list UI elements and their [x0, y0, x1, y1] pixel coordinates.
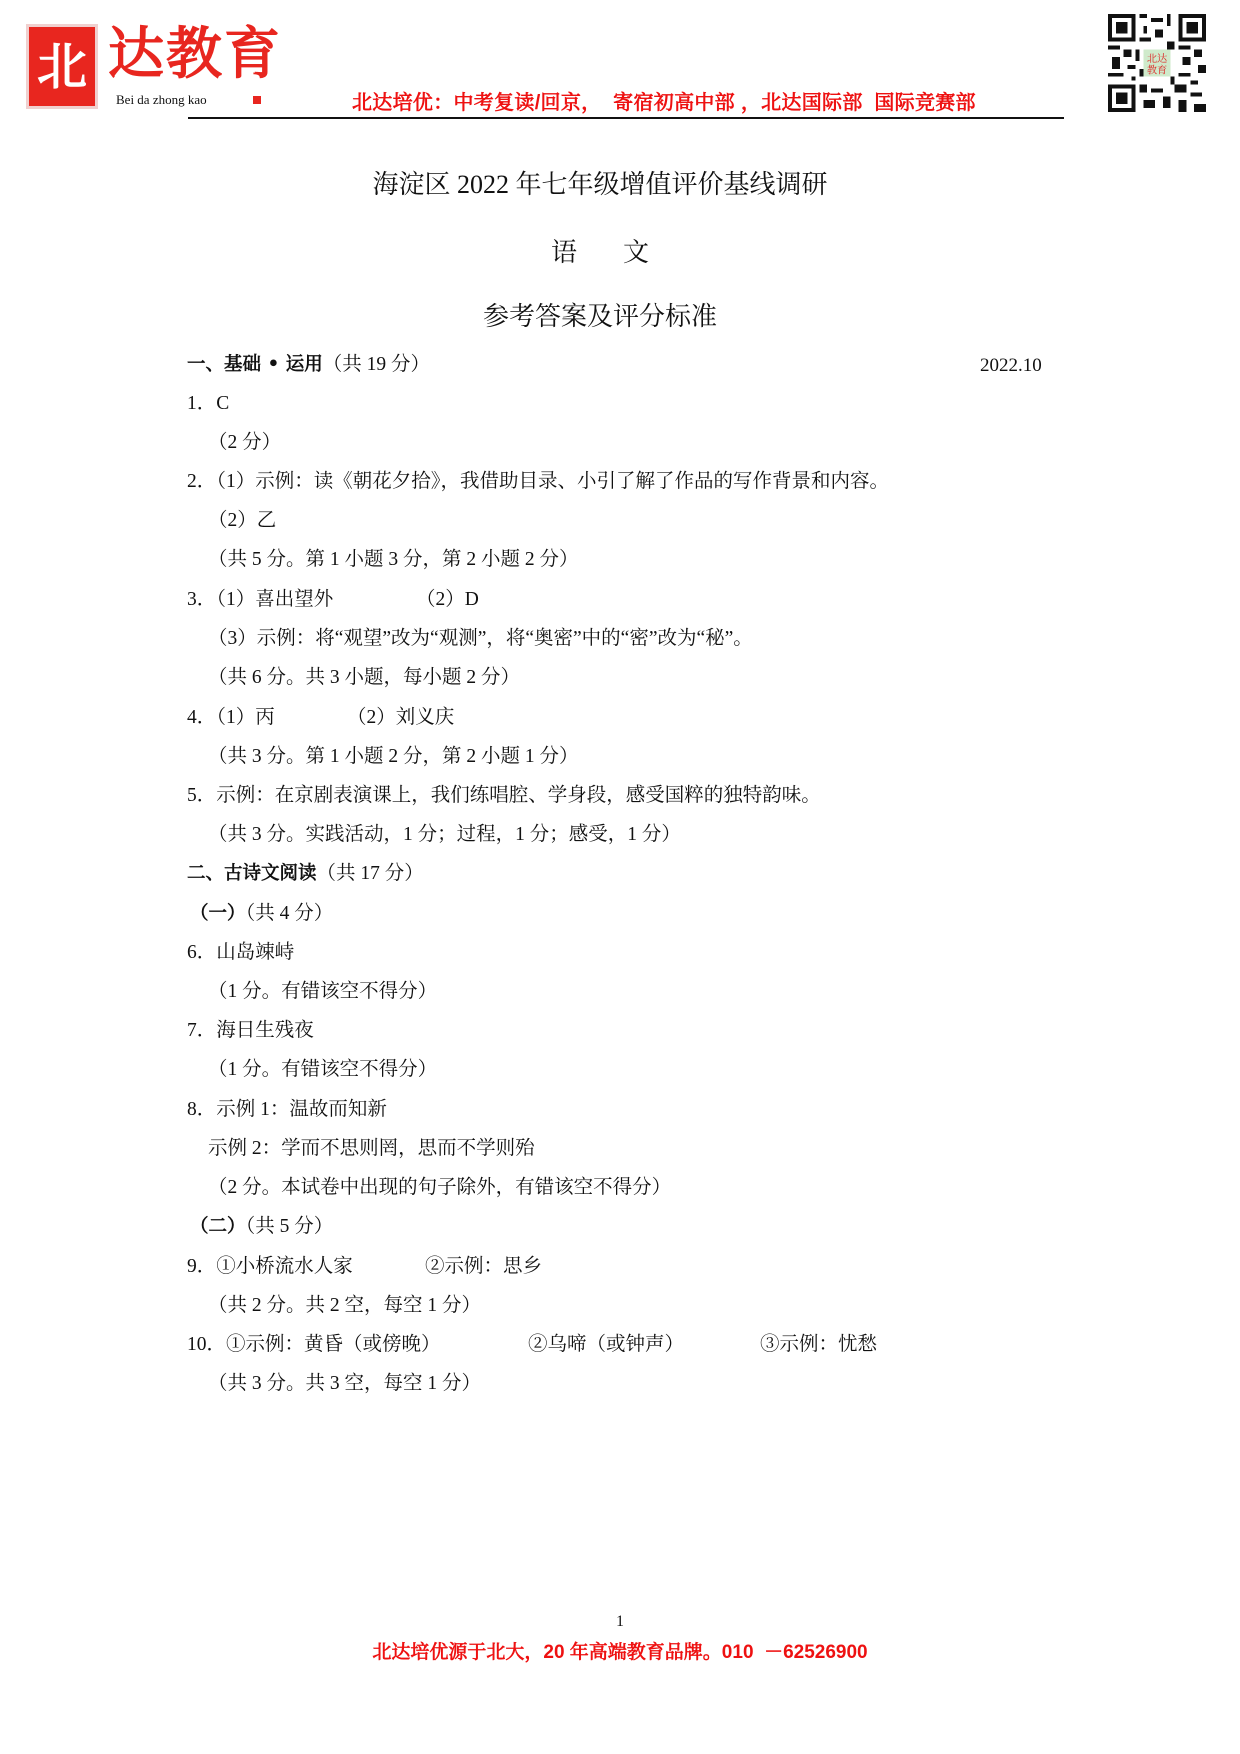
- document-date: 2022.10: [980, 355, 1042, 377]
- subsection-heading-text: （一）: [190, 903, 246, 924]
- answer-q2-2: （2）乙: [208, 508, 276, 534]
- page-number: 1: [616, 1613, 624, 1631]
- section-heading-text: 二、古诗文阅读: [187, 863, 317, 884]
- answer-q8-1: 8．示例 1：温故而知新: [187, 1097, 387, 1123]
- score-q4: （共 3 分。第 1 小题 2 分，第 2 小题 1 分）: [208, 744, 579, 770]
- subsection-points: （共 4 分）: [246, 903, 334, 924]
- answer-q8-2: 示例 2：学而不思则罔，思而不学则殆: [208, 1136, 535, 1162]
- score-q9: （共 2 分。共 2 空，每空 1 分）: [208, 1293, 481, 1319]
- footer-tagline: 北达培优源于北大，20 年高端教育品牌。010 －62526900: [0, 1637, 1240, 1664]
- subsection-points: （共 5 分）: [246, 1216, 334, 1237]
- score-q3: （共 6 分。共 3 小题，每小题 2 分）: [208, 665, 520, 691]
- logo-square-icon: [253, 96, 261, 104]
- answer-q10-2: ②乌啼（或钟声）: [528, 1332, 684, 1358]
- score-q1: （2 分）: [208, 430, 281, 456]
- section-points: （共 19 分）: [323, 354, 430, 375]
- header-divider: [188, 117, 1064, 119]
- score-q8: （2 分。本试卷中出现的句子除外，有错该空不得分）: [208, 1175, 671, 1201]
- subsection-heading-2: （二）（共 5 分）: [190, 1214, 333, 1240]
- answer-q6: 6．山岛竦峙: [187, 940, 294, 966]
- answer-q1: 1．C: [187, 391, 229, 417]
- document-subtitle: 参考答案及评分标准: [0, 296, 1220, 333]
- score-q2: （共 5 分。第 1 小题 3 分，第 2 小题 2 分）: [208, 547, 579, 573]
- svg-text:北达: 北达: [1147, 52, 1168, 65]
- subject-title: 语文: [0, 232, 1220, 269]
- score-q7: （1 分。有错该空不得分）: [208, 1057, 437, 1083]
- answer-q4-2: （2）刘义庆: [347, 705, 454, 731]
- section-heading-2: 二、古诗文阅读（共 17 分）: [187, 861, 424, 887]
- section-points: （共 17 分）: [317, 863, 424, 884]
- subsection-heading-text: （二）: [190, 1216, 246, 1237]
- subsection-heading-1: （一）（共 4 分）: [190, 901, 333, 927]
- logo-subtitle: Bei da zhong kao: [116, 92, 207, 108]
- logo-mark-char: 北: [37, 42, 87, 92]
- score-q5: （共 3 分。实践活动，1 分；过程，1 分；感受，1 分）: [208, 822, 681, 848]
- qr-code-icon: 北达 教育: [1108, 14, 1206, 112]
- logo-mark: 北: [26, 24, 98, 109]
- answer-q10-1: 10．①示例：黄昏（或傍晚）: [187, 1332, 441, 1358]
- answer-q9-1: 9．①小桥流水人家: [187, 1254, 353, 1280]
- answer-q4-1: 4．（1）丙: [187, 705, 275, 731]
- score-q6: （1 分。有错该空不得分）: [208, 979, 437, 1005]
- svg-text:教育: 教育: [1147, 64, 1167, 77]
- answer-q9-2: ②示例：思乡: [425, 1254, 542, 1280]
- section-heading-text: 一、基础 • 运用: [187, 354, 323, 375]
- answer-q3-3: （3）示例：将“观望”改为“观测”，将“奥密”中的“密”改为“秘”。: [208, 626, 753, 652]
- answer-q10-3: ③示例：忧愁: [760, 1332, 877, 1358]
- answer-q3-2: （2）D: [416, 587, 479, 613]
- header-slogan: 北达培优：中考复读/回京， 寄宿初高中部 ，北达国际部 国际竞赛部: [352, 86, 976, 115]
- logo-text: 达教育: [108, 22, 282, 86]
- answer-q5: 5．示例：在京剧表演课上，我们练唱腔、学身段，感受国粹的独特韵味。: [187, 783, 821, 809]
- answer-q2-1: 2．（1）示例：读《朝花夕拾》，我借助目录、小引了解了作品的写作背景和内容。: [187, 469, 889, 495]
- section-heading-1: 一、基础 • 运用（共 19 分）: [187, 352, 430, 378]
- answer-q3-1: 3．（1）喜出望外: [187, 587, 333, 613]
- answer-q7: 7．海日生残夜: [187, 1018, 314, 1044]
- document-title: 海淀区 2022 年七年级增值评价基线调研: [0, 164, 1220, 201]
- score-q10: （共 3 分。共 3 空，每空 1 分）: [208, 1371, 481, 1397]
